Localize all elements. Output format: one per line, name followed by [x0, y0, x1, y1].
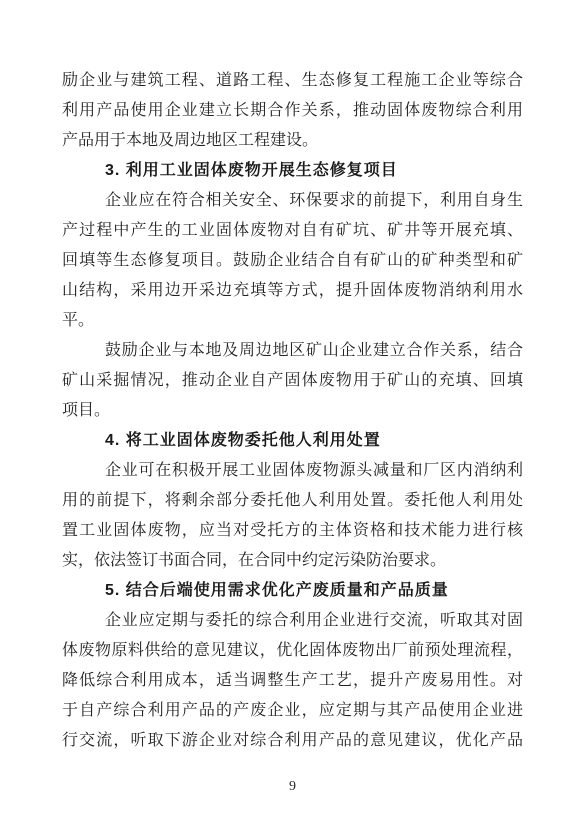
section-heading-4: 4. 将工业固体废物委托他人利用处置: [62, 426, 523, 456]
text-line: 项目。: [62, 396, 523, 426]
section-heading-3: 3. 利用工业固体废物开展生态修复项目: [62, 156, 523, 186]
heading-text: 4. 将工业固体废物委托他人利用处置: [62, 426, 523, 456]
text-line: 置工业固体废物，应当对受托方的主体资格和技术能力进行核: [62, 516, 523, 546]
text-line: 企业可在积极开展工业固体废物源头减量和厂区内消纳利: [62, 456, 523, 486]
text-line: 实，依法签订书面合同，在合同中约定污染防治要求。: [62, 546, 523, 576]
text-line: 产品用于本地及周边地区工程建设。: [62, 126, 523, 156]
text-line: 于自产综合利用产品的产废企业，应定期与其产品使用企业进: [62, 696, 523, 726]
paragraph: 励企业与建筑工程、道路工程、生态修复工程施工企业等综合 利用产品使用企业建立长期…: [62, 66, 523, 156]
text-line: 山结构，采用边开采边充填等方式，提升固体废物消纳利用水: [62, 276, 523, 306]
text-line: 鼓励企业与本地及周边地区矿山企业建立合作关系，结合: [62, 336, 523, 366]
page-number: 9: [0, 778, 585, 796]
heading-text: 3. 利用工业固体废物开展生态修复项目: [62, 156, 523, 186]
text-line: 企业应在符合相关安全、环保要求的前提下，利用自身生: [62, 186, 523, 216]
text-line: 产过程中产生的工业固体废物对自有矿坑、矿井等开展充填、: [62, 216, 523, 246]
text-line: 行交流，听取下游企业对综合利用产品的意见建议，优化产品: [62, 726, 523, 756]
paragraph: 鼓励企业与本地及周边地区矿山企业建立合作关系，结合 矿山采掘情况，推动企业自产固…: [62, 336, 523, 426]
heading-text: 5. 结合后端使用需求优化产废质量和产品质量: [62, 576, 523, 606]
text-line: 利用产品使用企业建立长期合作关系，推动固体废物综合利用: [62, 96, 523, 126]
text-line: 平。: [62, 306, 523, 336]
text-line: 降低综合利用成本，适当调整生产工艺，提升产废易用性。对: [62, 666, 523, 696]
paragraph: 企业可在积极开展工业固体废物源头减量和厂区内消纳利 用的前提下，将剩余部分委托他…: [62, 456, 523, 576]
text-line: 用的前提下，将剩余部分委托他人利用处置。委托他人利用处: [62, 486, 523, 516]
text-line: 回填等生态修复项目。鼓励企业结合自有矿山的矿种类型和矿: [62, 246, 523, 276]
text-line: 矿山采掘情况，推动企业自产固体废物用于矿山的充填、回填: [62, 366, 523, 396]
text-line: 体废物原料供给的意见建议，优化固体废物出厂前预处理流程，: [62, 636, 523, 666]
paragraph: 企业应定期与委托的综合利用企业进行交流，听取其对固 体废物原料供给的意见建议，优…: [62, 606, 523, 756]
document-page: 励企业与建筑工程、道路工程、生态修复工程施工企业等综合 利用产品使用企业建立长期…: [0, 0, 585, 816]
text-line: 励企业与建筑工程、道路工程、生态修复工程施工企业等综合: [62, 66, 523, 96]
paragraph: 企业应在符合相关安全、环保要求的前提下，利用自身生 产过程中产生的工业固体废物对…: [62, 186, 523, 336]
text-line: 企业应定期与委托的综合利用企业进行交流，听取其对固: [62, 606, 523, 636]
section-heading-5: 5. 结合后端使用需求优化产废质量和产品质量: [62, 576, 523, 606]
